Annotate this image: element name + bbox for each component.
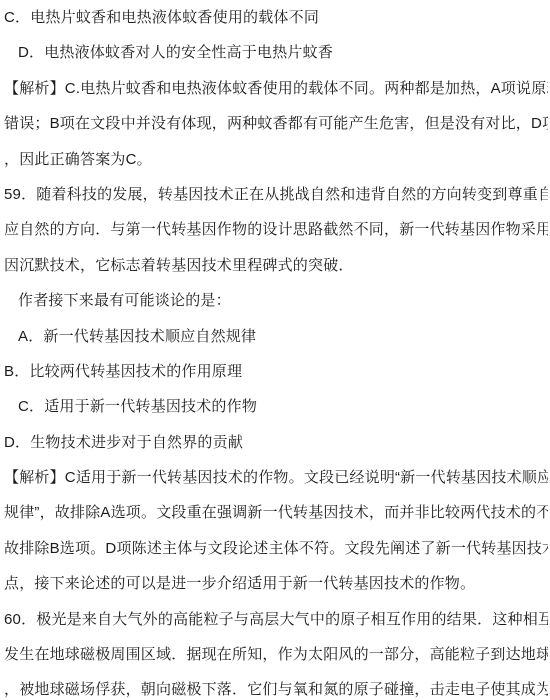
question-59-option-a: A．新一代转基因技术顺应自然规律 [4, 319, 548, 354]
analysis-58-line-1: 【解析】C.电热片蚊香和电热液体蚊香使用的载体不同。两种都是加热，A项说原理不同 [4, 71, 548, 106]
analysis-59-line-1: 【解析】C适用于新一代转基因技术的作物。文段已经说明“新一代转基因技术顺应自然 [4, 460, 548, 495]
question-59-stem-line-2: 应自然的方向．与第一代转基因作物的设计思路截然不同，新一代转基因作物采用的是基 [4, 212, 548, 247]
question-59-option-d: D．生物技术进步对于自然界的贡献 [4, 425, 548, 460]
question-60-stem-line-1: 60．极光是来自大气外的高能粒子与高层大气中的原子相互作用的结果．这种相互作用常 [4, 602, 548, 637]
analysis-59-line-4: 点，接下来论述的可以是进一步介绍适用于新一代转基因技术的作物。 [4, 566, 548, 601]
question-59-stem-line-3: 因沉默技术，它标志着转基因技术里程碑式的突破． [4, 248, 548, 283]
analysis-59-line-2: 规律”，故排除A选项。文段重在强调新一代转基因技术，而并非比较两代技术的不同， [4, 495, 548, 530]
analysis-58-line-3: ，因此正确答案为C。 [4, 142, 548, 177]
document-page: C．电热片蚊香和电热液体蚊香使用的载体不同 D．电热液体蚊香对人的安全性高于电热… [0, 0, 550, 700]
question-58-option-d: D．电热液体蚊香对人的安全性高于电热片蚊香 [4, 35, 548, 70]
analysis-58-line-2: 错误；B项在文段中并没有体现，两种蚊香都有可能产生危害，但是没有对比，D项错误 [4, 106, 548, 141]
question-60-stem-line-2: 发生在地球磁极周围区域．据现在所知，作为太阳风的一部分，高能粒子到达地球附近时 [4, 637, 548, 672]
analysis-59-line-3: 故排除B选项。D项陈述主体与文段论述主体不符。文段先阐述了新一代转基因技术的优 [4, 531, 548, 566]
question-59-stem-line-1: 59．随着科技的发展，转基因技术正在从挑战自然和违背自然的方向转变到尊重自然和顺 [4, 177, 548, 212]
question-60-stem-line-3: ，被地球磁场俘获，朝向磁极下落．它们与氧和氮的原子碰撞，击走电子使其成为激发态 [4, 672, 548, 700]
question-59-prompt: 作者接下来最有可能谈论的是： [4, 283, 548, 318]
question-59-option-b: B．比较两代转基因技术的作用原理 [4, 354, 548, 389]
question-59-option-c: C．适用于新一代转基因技术的作物 [4, 389, 548, 424]
question-58-option-c: C．电热片蚊香和电热液体蚊香使用的载体不同 [4, 0, 548, 35]
